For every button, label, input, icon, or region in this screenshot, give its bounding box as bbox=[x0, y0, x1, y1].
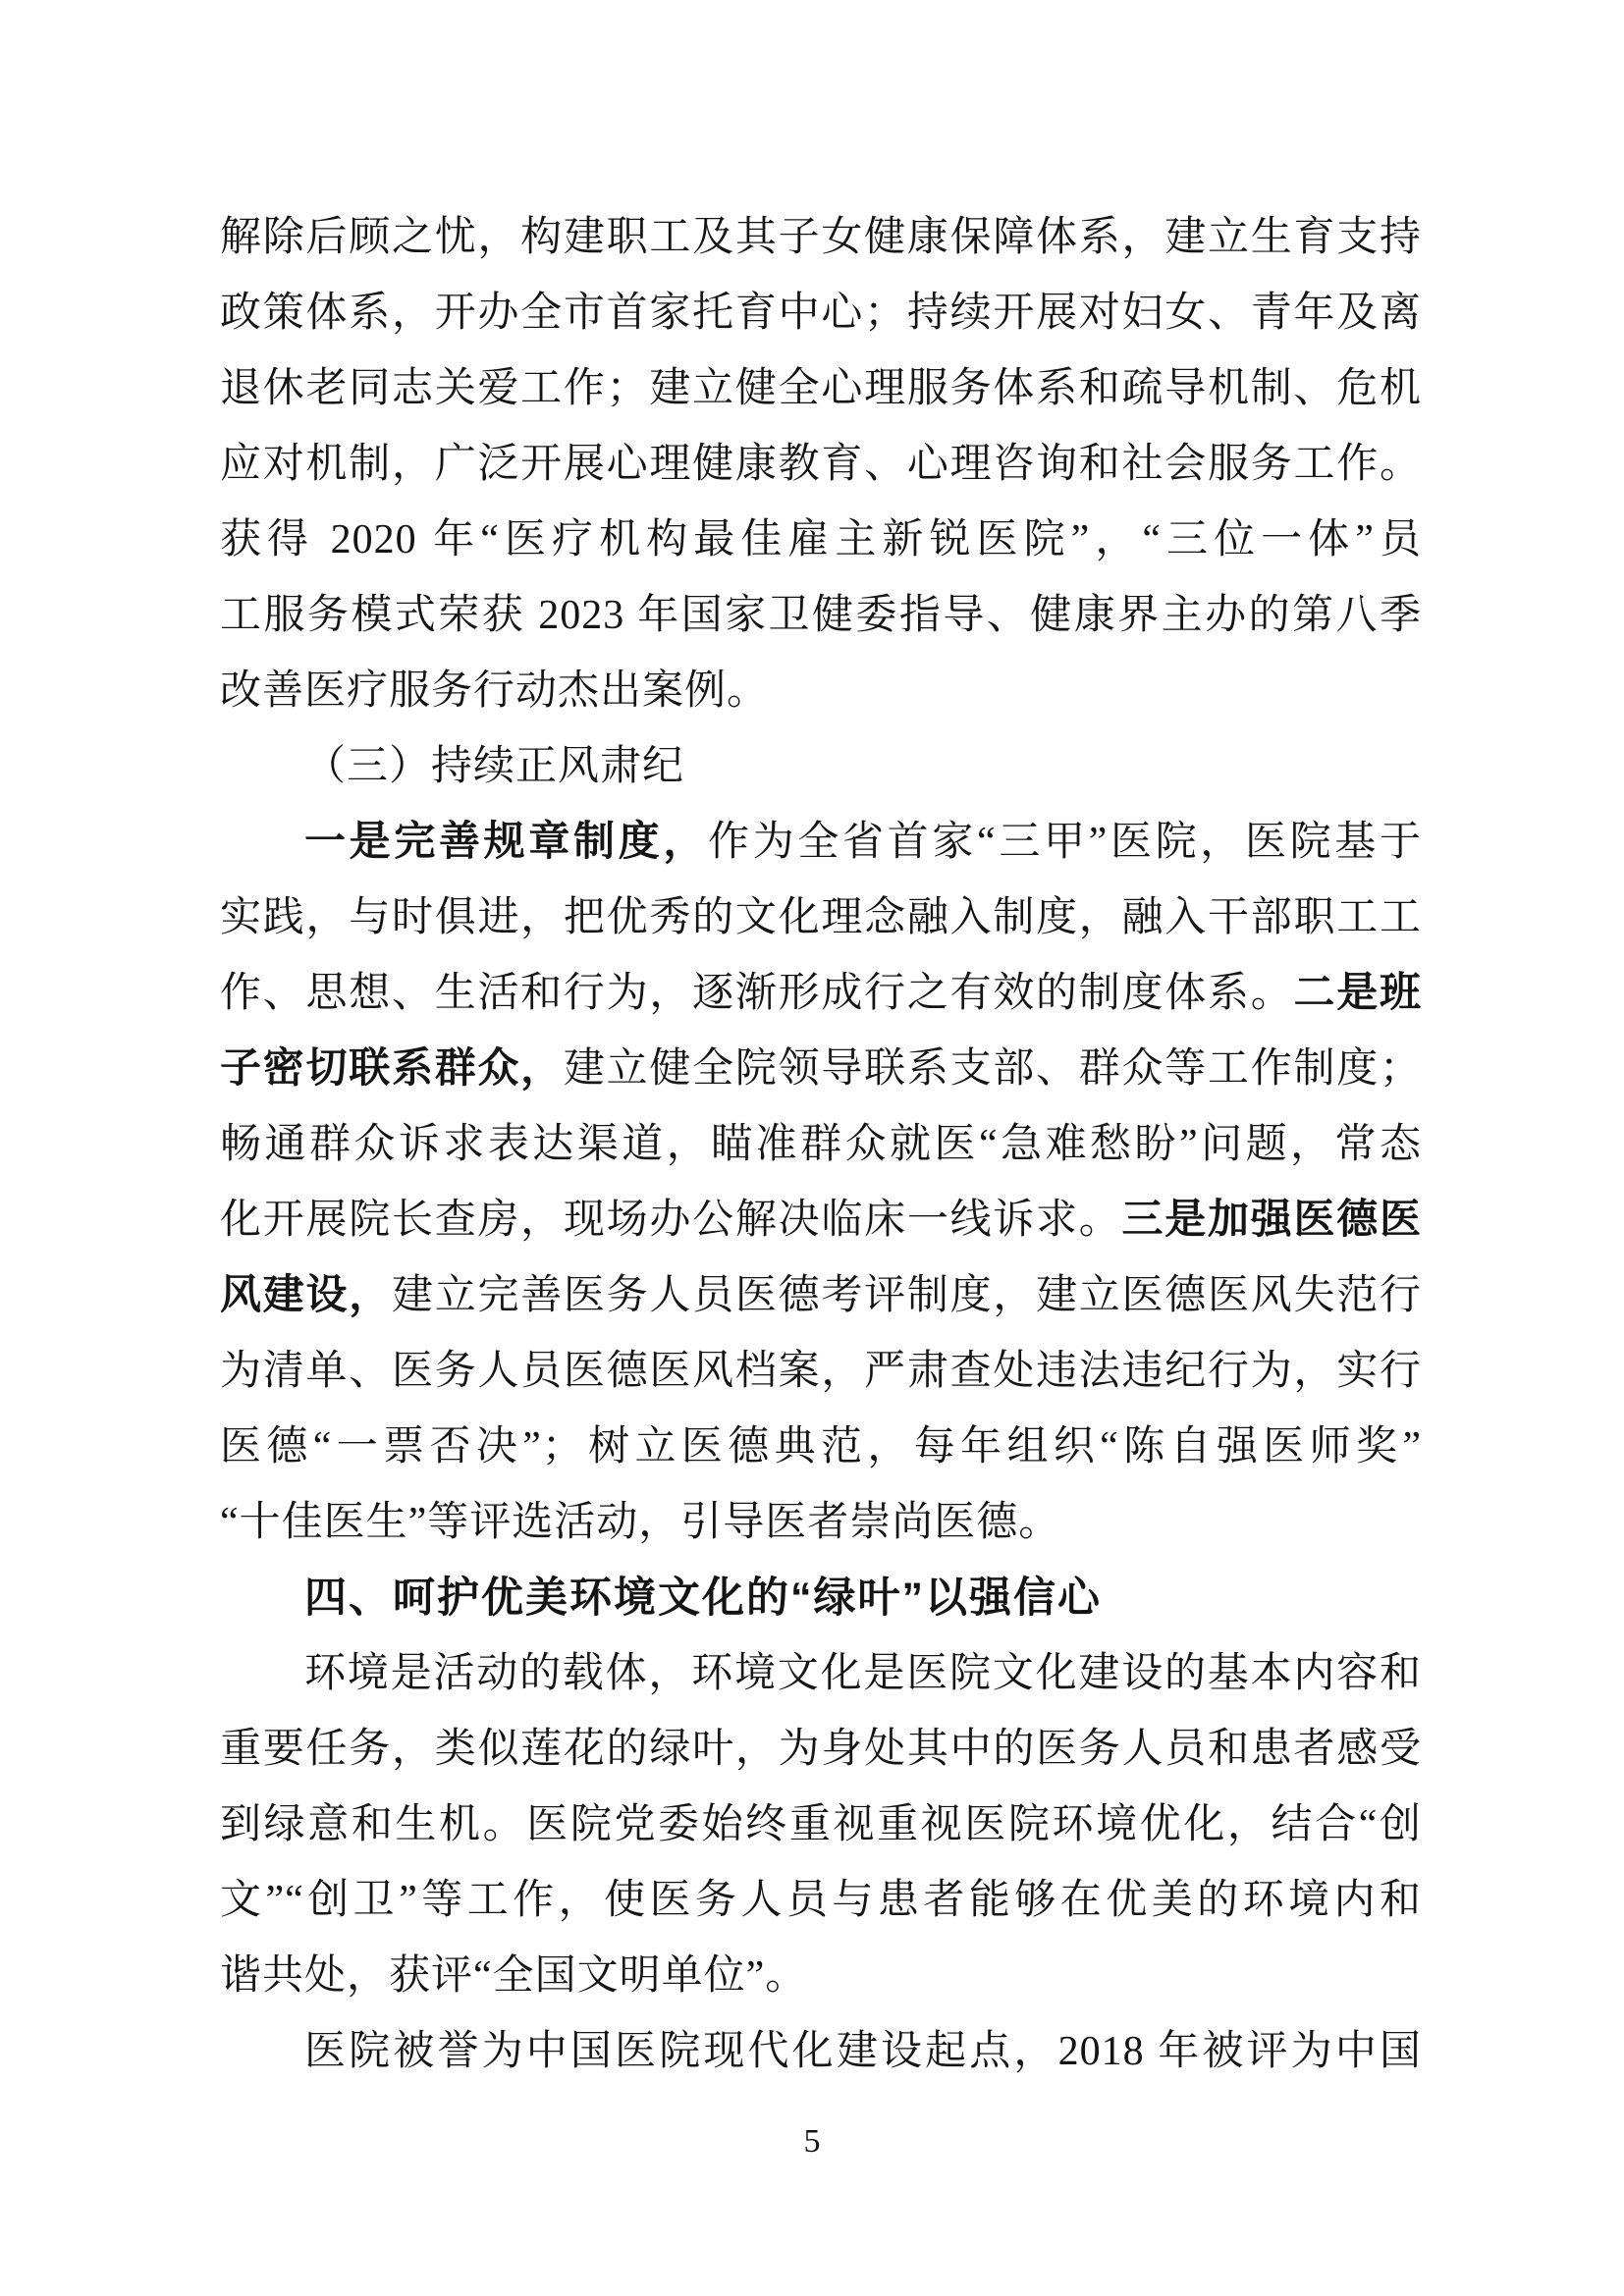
bold-text-segment: 二是班 bbox=[1294, 971, 1422, 1016]
document-body: 解除后顾之忧，构建职工及其子女健康保障体系，建立生育支持政策体系，开办全市首家托… bbox=[220, 200, 1422, 2090]
text-segment: 建立健全院领导联系支部、群众等工作制度； bbox=[564, 1046, 1422, 1092]
text-segment: “十佳医生”等评选活动，引导医者崇尚医德。 bbox=[220, 1500, 1060, 1545]
text-segment: 畅通群众诉求表达渠道，瞄准群众就医“急难愁盼”问题，常态 bbox=[220, 1122, 1422, 1167]
text-line: 政策体系，开办全市首家托育中心；持续开展对妇女、青年及离 bbox=[220, 276, 1422, 351]
bold-text-segment: 子密切联系群众， bbox=[220, 1046, 564, 1092]
text-line: 解除后顾之忧，构建职工及其子女健康保障体系，建立生育支持 bbox=[220, 200, 1422, 276]
text-line: “十佳医生”等评选活动，引导医者崇尚医德。 bbox=[220, 1485, 1422, 1561]
text-line: 化开展院长查房，现场办公解决临床一线诉求。三是加强医德医 bbox=[220, 1183, 1422, 1258]
text-segment: （三）持续正风肃纪 bbox=[304, 744, 684, 789]
text-segment: 文”“创卫”等工作，使医务人员与患者能够在优美的环境内和 bbox=[220, 1878, 1422, 1923]
text-segment: 作、思想、生活和行为，逐渐形成行之有效的制度体系。 bbox=[220, 971, 1294, 1016]
text-line: 文”“创卫”等工作，使医务人员与患者能够在优美的环境内和 bbox=[220, 1863, 1422, 1939]
subsection-heading: （三）持续正风肃纪 bbox=[220, 729, 1422, 805]
text-segment: 谐共处，获评“全国文明单位”。 bbox=[220, 1953, 807, 1999]
bold-text-segment: 三是加强医德医 bbox=[1122, 1198, 1422, 1243]
text-line: 医院被誉为中国医院现代化建设起点，2018 年被评为中国 bbox=[220, 2014, 1422, 2090]
text-segment: 工服务模式荣获 2023 年国家卫健委指导、健康界主办的第八季 bbox=[220, 593, 1422, 638]
text-segment: 建立完善医务人员医德考评制度，建立医德医风失范行 bbox=[392, 1273, 1422, 1318]
text-line: 工服务模式荣获 2023 年国家卫健委指导、健康界主办的第八季 bbox=[220, 578, 1422, 654]
text-segment: 医德“一票否决”；树立医德典范，每年组织“陈自强医师奖” bbox=[220, 1424, 1422, 1469]
text-segment: 政策体系，开办全市首家托育中心；持续开展对妇女、青年及离 bbox=[220, 291, 1422, 336]
text-line: 退休老同志关爱工作；建立健全心理服务体系和疏导机制、危机 bbox=[220, 351, 1422, 427]
text-line: 应对机制，广泛开展心理健康教育、心理咨询和社会服务工作。 bbox=[220, 427, 1422, 503]
text-line: 重要任务，类似莲花的绿叶，为身处其中的医务人员和患者感受 bbox=[220, 1712, 1422, 1788]
text-line: 为清单、医务人员医德医风档案，严肃查处违法违纪行为，实行 bbox=[220, 1334, 1422, 1410]
text-line: 环境是活动的载体，环境文化是医院文化建设的基本内容和 bbox=[220, 1636, 1422, 1712]
text-segment: 医院被誉为中国医院现代化建设起点，2018 年被评为中国 bbox=[304, 2029, 1422, 2074]
text-segment: 作为全省首家“三甲”医院，医院基于 bbox=[708, 820, 1422, 865]
page-number: 5 bbox=[0, 2118, 1624, 2165]
text-line: 谐共处，获评“全国文明单位”。 bbox=[220, 1939, 1422, 2014]
text-line: 子密切联系群众，建立健全院领导联系支部、群众等工作制度； bbox=[220, 1032, 1422, 1107]
text-line: 一是完善规章制度，作为全省首家“三甲”医院，医院基于 bbox=[220, 805, 1422, 881]
document-page: 解除后顾之忧，构建职工及其子女健康保障体系，建立生育支持政策体系，开办全市首家托… bbox=[0, 0, 1624, 2296]
text-segment: 退休老同志关爱工作；建立健全心理服务体系和疏导机制、危机 bbox=[220, 366, 1422, 411]
text-segment: 实践，与时俱进，把优秀的文化理念融入制度，融入干部职工工 bbox=[220, 895, 1422, 940]
text-line: 作、思想、生活和行为，逐渐形成行之有效的制度体系。二是班 bbox=[220, 956, 1422, 1032]
text-segment: 改善医疗服务行动杰出案例。 bbox=[220, 668, 769, 714]
text-line: 到绿意和生机。医院党委始终重视重视医院环境优化，结合“创 bbox=[220, 1788, 1422, 1863]
text-line: 畅通群众诉求表达渠道，瞄准群众就医“急难愁盼”问题，常态 bbox=[220, 1107, 1422, 1183]
text-segment: 为清单、医务人员医德医风档案，严肃查处违法违纪行为，实行 bbox=[220, 1349, 1422, 1394]
text-segment: 获得 2020 年“医疗机构最佳雇主新锐医院”，“三位一体”员 bbox=[220, 517, 1422, 562]
bold-text-segment: 四、呵护优美环境文化的“绿叶”以强信心 bbox=[304, 1575, 1102, 1622]
text-segment: 解除后顾之忧，构建职工及其子女健康保障体系，建立生育支持 bbox=[220, 215, 1422, 260]
text-line: 实践，与时俱进，把优秀的文化理念融入制度，融入干部职工工 bbox=[220, 881, 1422, 956]
text-segment: 化开展院长查房，现场办公解决临床一线诉求。 bbox=[220, 1198, 1122, 1243]
section-heading: 四、呵护优美环境文化的“绿叶”以强信心 bbox=[220, 1561, 1422, 1636]
text-segment: 到绿意和生机。医院党委始终重视重视医院环境优化，结合“创 bbox=[220, 1802, 1422, 1847]
text-line: 改善医疗服务行动杰出案例。 bbox=[220, 654, 1422, 729]
text-segment: 重要任务，类似莲花的绿叶，为身处其中的医务人员和患者感受 bbox=[220, 1727, 1422, 1772]
text-line: 获得 2020 年“医疗机构最佳雇主新锐医院”，“三位一体”员 bbox=[220, 503, 1422, 578]
text-line: 风建设，建立完善医务人员医德考评制度，建立医德医风失范行 bbox=[220, 1258, 1422, 1334]
text-line: 医德“一票否决”；树立医德典范，每年组织“陈自强医师奖” bbox=[220, 1410, 1422, 1485]
bold-text-segment: 一是完善规章制度， bbox=[304, 820, 708, 865]
text-segment: 应对机制，广泛开展心理健康教育、心理咨询和社会服务工作。 bbox=[220, 442, 1422, 487]
text-segment: 环境是活动的载体，环境文化是医院文化建设的基本内容和 bbox=[304, 1651, 1422, 1696]
bold-text-segment: 风建设， bbox=[220, 1273, 392, 1318]
